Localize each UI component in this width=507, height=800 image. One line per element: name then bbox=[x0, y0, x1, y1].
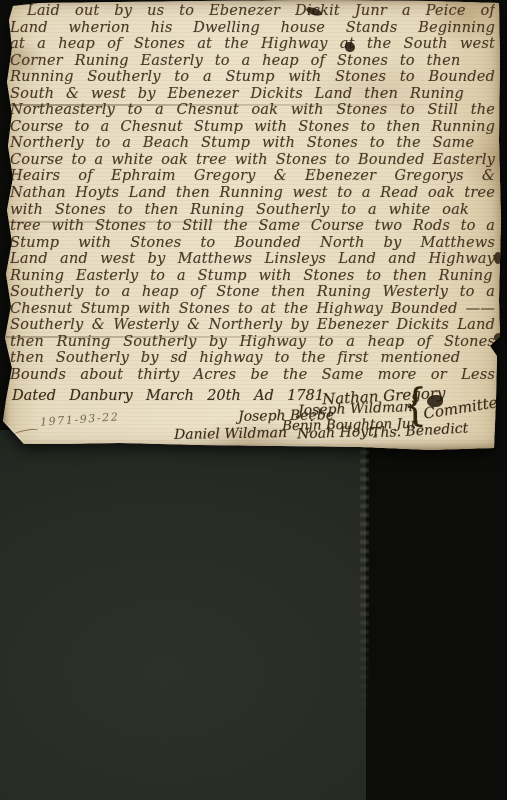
manuscript-line: Land wherion his Dwelling house Stands B… bbox=[10, 20, 495, 37]
ink-blot bbox=[494, 252, 502, 264]
signature-noah-hoyt: Noah Hoyt. bbox=[297, 424, 379, 443]
tear-mark bbox=[11, 427, 39, 441]
ink-blot bbox=[345, 42, 355, 52]
manuscript-line: Land and west by Matthews Linsleys Land … bbox=[10, 251, 495, 268]
manuscript-line: tree with Stones to Still the Same Cours… bbox=[10, 218, 495, 235]
scanned-document-page: Laid out by us to Ebenezer Dickit Junr a… bbox=[0, 0, 507, 800]
accession-number: 1971-93-22 bbox=[40, 410, 120, 429]
ink-blot bbox=[494, 333, 504, 342]
manuscript-line: at a heap of Stones at the Highway at th… bbox=[10, 36, 495, 53]
manuscript-line: South & west by Ebenezer Dickits Land th… bbox=[10, 86, 495, 103]
manuscript-line: Southerly to a heap of Stone then Runing… bbox=[10, 284, 495, 301]
scanner-background-panel bbox=[0, 430, 366, 800]
deed-body-text: Laid out by us to Ebenezer Dickit Junr a… bbox=[10, 3, 495, 384]
film-sprocket-strip bbox=[360, 450, 369, 718]
manuscript-line: with Stones to then Runing Southerly to … bbox=[10, 202, 495, 219]
dateline: Dated Danbury March 20th Ad 1781 bbox=[12, 388, 324, 404]
manuscript-line: Southerly & Westerly & Northerly by Eben… bbox=[10, 317, 495, 334]
manuscript-line: Corner Runing Easterly to a heap of Ston… bbox=[10, 53, 495, 70]
manuscript-line: then Southerly by sd highway to the firs… bbox=[10, 350, 495, 367]
manuscript-line: Nathan Hoyts Land then Running west to a… bbox=[10, 185, 495, 202]
manuscript-line: Northeasterly to a Chesnut oak with Ston… bbox=[10, 102, 495, 119]
manuscript-line: Course to a Chesnut Stump with Stones to… bbox=[10, 119, 495, 136]
manuscript-line: Northerly to a Beach Stump with Stones t… bbox=[10, 135, 495, 152]
manuscript-line: Stump with Stones to Bounded North by Ma… bbox=[10, 235, 495, 252]
deed-paper: Laid out by us to Ebenezer Dickit Junr a… bbox=[0, 0, 502, 452]
manuscript-line: Course to a white oak tree with Stones t… bbox=[10, 152, 495, 169]
manuscript-line: Heairs of Ephraim Gregory & Ebenezer Gre… bbox=[10, 168, 495, 185]
manuscript-line: then Runing Southerly by Highway to a he… bbox=[10, 334, 495, 351]
manuscript-line: Running Southerly to a Stump with Stones… bbox=[10, 69, 495, 86]
ink-blot bbox=[427, 395, 443, 407]
paper-wrap: Laid out by us to Ebenezer Dickit Junr a… bbox=[0, 0, 502, 452]
manuscript-line: Laid out by us to Ebenezer Dickit Junr a… bbox=[10, 3, 495, 20]
manuscript-line: Chesnut Stump with Stones to at the High… bbox=[10, 301, 495, 318]
manuscript-line: Runing Easterly to a Stump with Stones t… bbox=[10, 268, 495, 285]
signature-daniel-wildman: Daniel Wildman bbox=[174, 425, 287, 443]
